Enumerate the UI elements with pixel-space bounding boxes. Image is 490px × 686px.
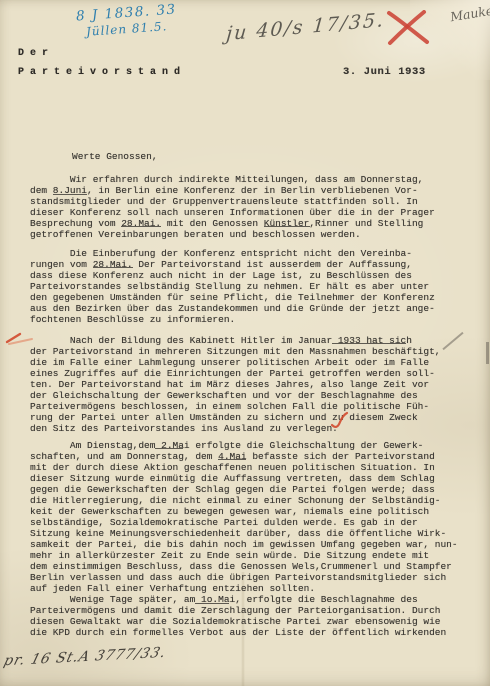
pencil-scribble-mark <box>442 332 463 350</box>
sender-line2: Parteivorstand <box>18 67 186 78</box>
underline-8-juni <box>53 194 87 195</box>
underline-28-mai-1 <box>121 226 161 227</box>
paragraph-4: Am Dienstag,dem 2.Mai erfolgte die Gleic… <box>30 440 458 594</box>
pencil-archive-number: pr. 16 St.A 3777/33. <box>2 645 168 670</box>
underline-10-mai <box>195 603 229 604</box>
page-edge-mark <box>486 342 489 364</box>
paragraph-5: Wenige Tage später, am 1o.Mai, erfolgte … <box>30 594 446 638</box>
pencil-docket-note: ju 40/s 17/35. <box>225 9 386 45</box>
red-x-icon <box>386 10 430 46</box>
salutation: Werte Genossen, <box>72 151 158 162</box>
paragraph-3: Nach der Bildung des Kabinett Hitler im … <box>30 335 440 434</box>
red-check-mark-icon <box>330 411 350 433</box>
document-page: 8 J 1838. 33 Jüllen 81.5. ju 40/s 17/35.… <box>0 0 490 686</box>
underline-28-mai-2 <box>93 267 133 268</box>
underline-1933-hat-sich <box>332 343 406 344</box>
underline-4-mai <box>218 459 246 460</box>
paragraph-1: Wir erfahren durch indirekte Mitteilunge… <box>30 174 435 240</box>
paragraph-2: Die Einberufung der Konferenz entspricht… <box>30 248 435 325</box>
document-date: 3. Juni 1933 <box>343 67 426 78</box>
red-margin-mark-icon <box>5 331 35 347</box>
sender-line1: Der <box>18 48 54 59</box>
underline-kuenstler <box>264 226 310 227</box>
underline-2-mai <box>155 448 183 449</box>
